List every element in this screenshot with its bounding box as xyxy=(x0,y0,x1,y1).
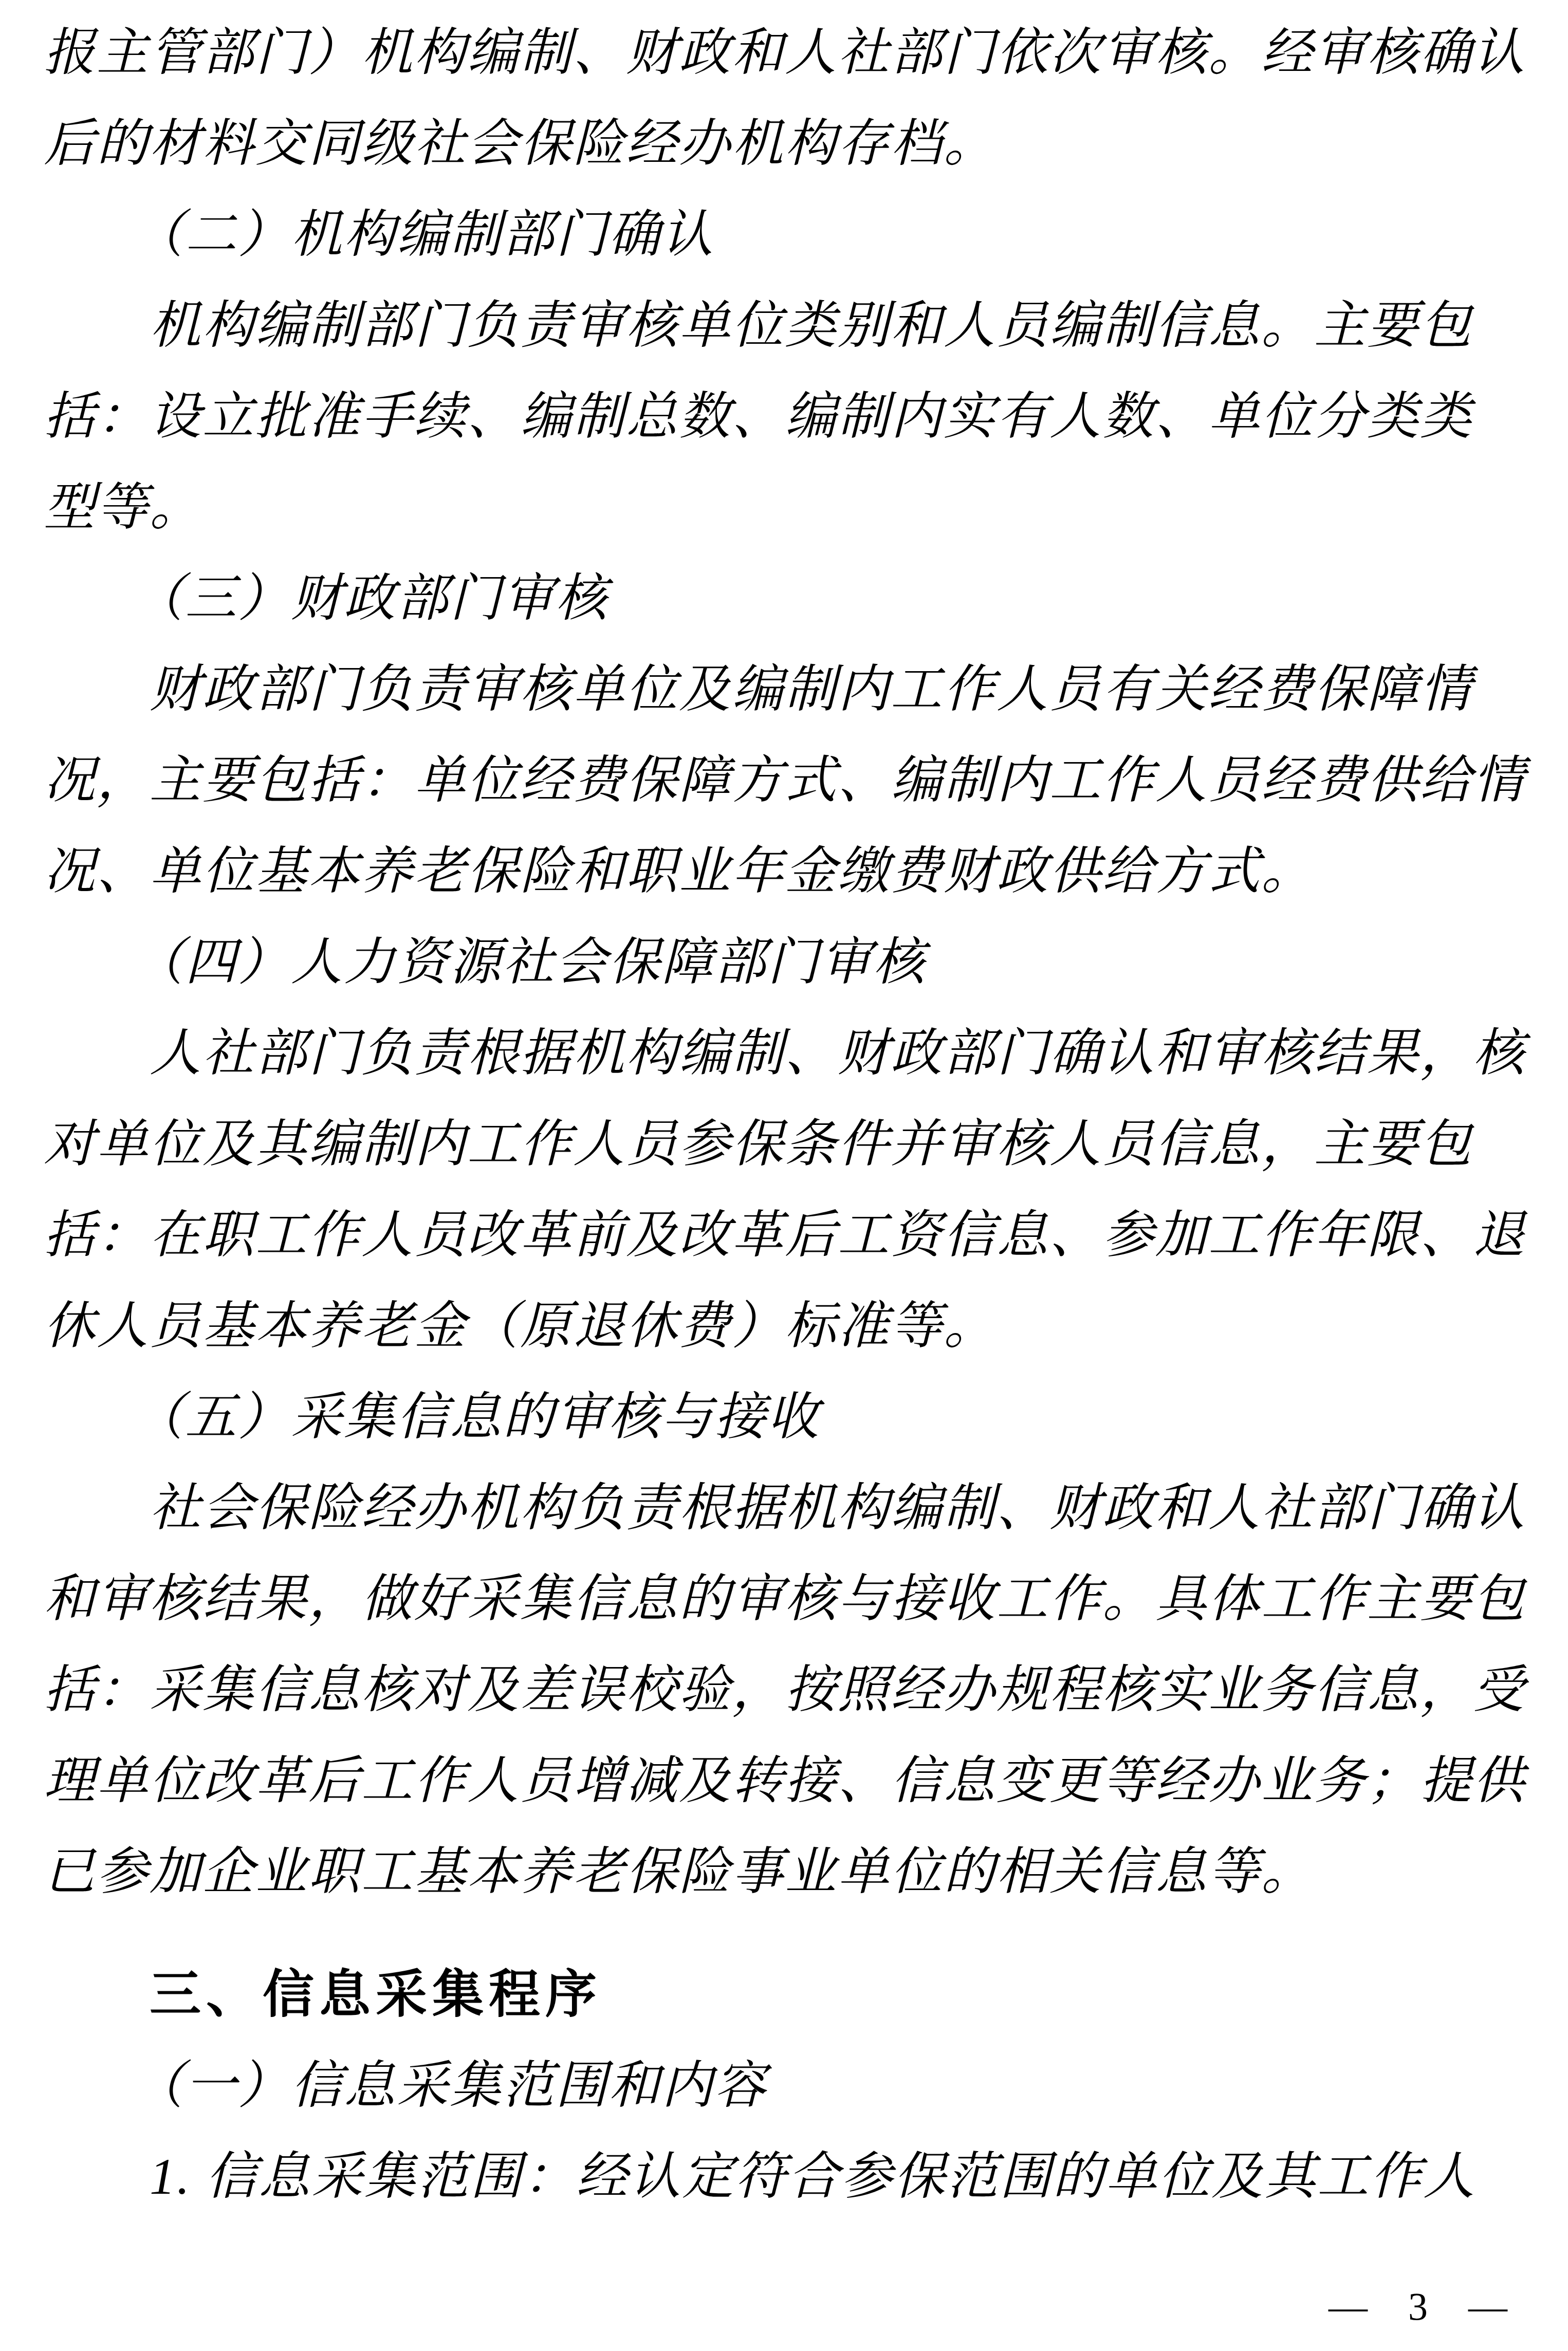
body-line: 人社部门负责根据机构编制、财政部门确认和审核结果，核 xyxy=(44,1008,1524,1099)
subsection-heading: （四）人力资源社会保障部门审核 xyxy=(44,917,1524,1008)
body-line: 括：采集信息核对及差误校验，按照经办规程核实业务信息，受 xyxy=(44,1644,1524,1735)
numbered-item: 1. 信息采集范围：经认定符合参保范围的单位及其工作人 xyxy=(44,2131,1524,2222)
subsection-heading: （五）采集信息的审核与接收 xyxy=(44,1372,1524,1463)
page-number: — 3 — xyxy=(1329,2287,1523,2326)
body-line: 理单位改革后工作人员增减及转接、信息变更等经办业务；提供 xyxy=(44,1735,1524,1826)
document-page: 报主管部门）机构编制、财政和人社部门依次审核。经审核确认 后的材料交同级社会保险… xyxy=(0,0,1568,2351)
body-line: 后的材料交同级社会保险经办机构存档。 xyxy=(44,98,1524,189)
document-body: 报主管部门）机构编制、财政和人社部门依次审核。经审核确认 后的材料交同级社会保险… xyxy=(44,7,1524,2222)
body-line: 报主管部门）机构编制、财政和人社部门依次审核。经审核确认 xyxy=(44,7,1524,98)
body-line: 括：设立批准手续、编制总数、编制内实有人数、单位分类类 xyxy=(44,371,1524,462)
section-heading: 三、信息采集程序 xyxy=(44,1949,1524,2040)
body-line: 对单位及其编制内工作人员参保条件并审核人员信息，主要包 xyxy=(44,1099,1524,1190)
body-line: 况、单位基本养老保险和职业年金缴费财政供给方式。 xyxy=(44,826,1524,917)
subsection-heading: （三）财政部门审核 xyxy=(44,553,1524,644)
body-line: 财政部门负责审核单位及编制内工作人员有关经费保障情 xyxy=(44,644,1524,735)
body-line: 社会保险经办机构负责根据机构编制、财政和人社部门确认 xyxy=(44,1463,1524,1553)
body-line: 括：在职工作人员改革前及改革后工资信息、参加工作年限、退 xyxy=(44,1190,1524,1281)
body-line: 机构编制部门负责审核单位类别和人员编制信息。主要包 xyxy=(44,280,1524,371)
body-line: 况，主要包括：单位经费保障方式、编制内工作人员经费供给情 xyxy=(44,735,1524,826)
body-line: 和审核结果，做好采集信息的审核与接收工作。具体工作主要包 xyxy=(44,1553,1524,1644)
subsection-heading: （一）信息采集范围和内容 xyxy=(44,2040,1524,2131)
subsection-heading: （二）机构编制部门确认 xyxy=(44,189,1524,280)
body-line: 休人员基本养老金（原退休费）标准等。 xyxy=(44,1281,1524,1372)
body-line: 型等。 xyxy=(44,462,1524,553)
body-line: 已参加企业职工基本养老保险事业单位的相关信息等。 xyxy=(44,1826,1524,1917)
